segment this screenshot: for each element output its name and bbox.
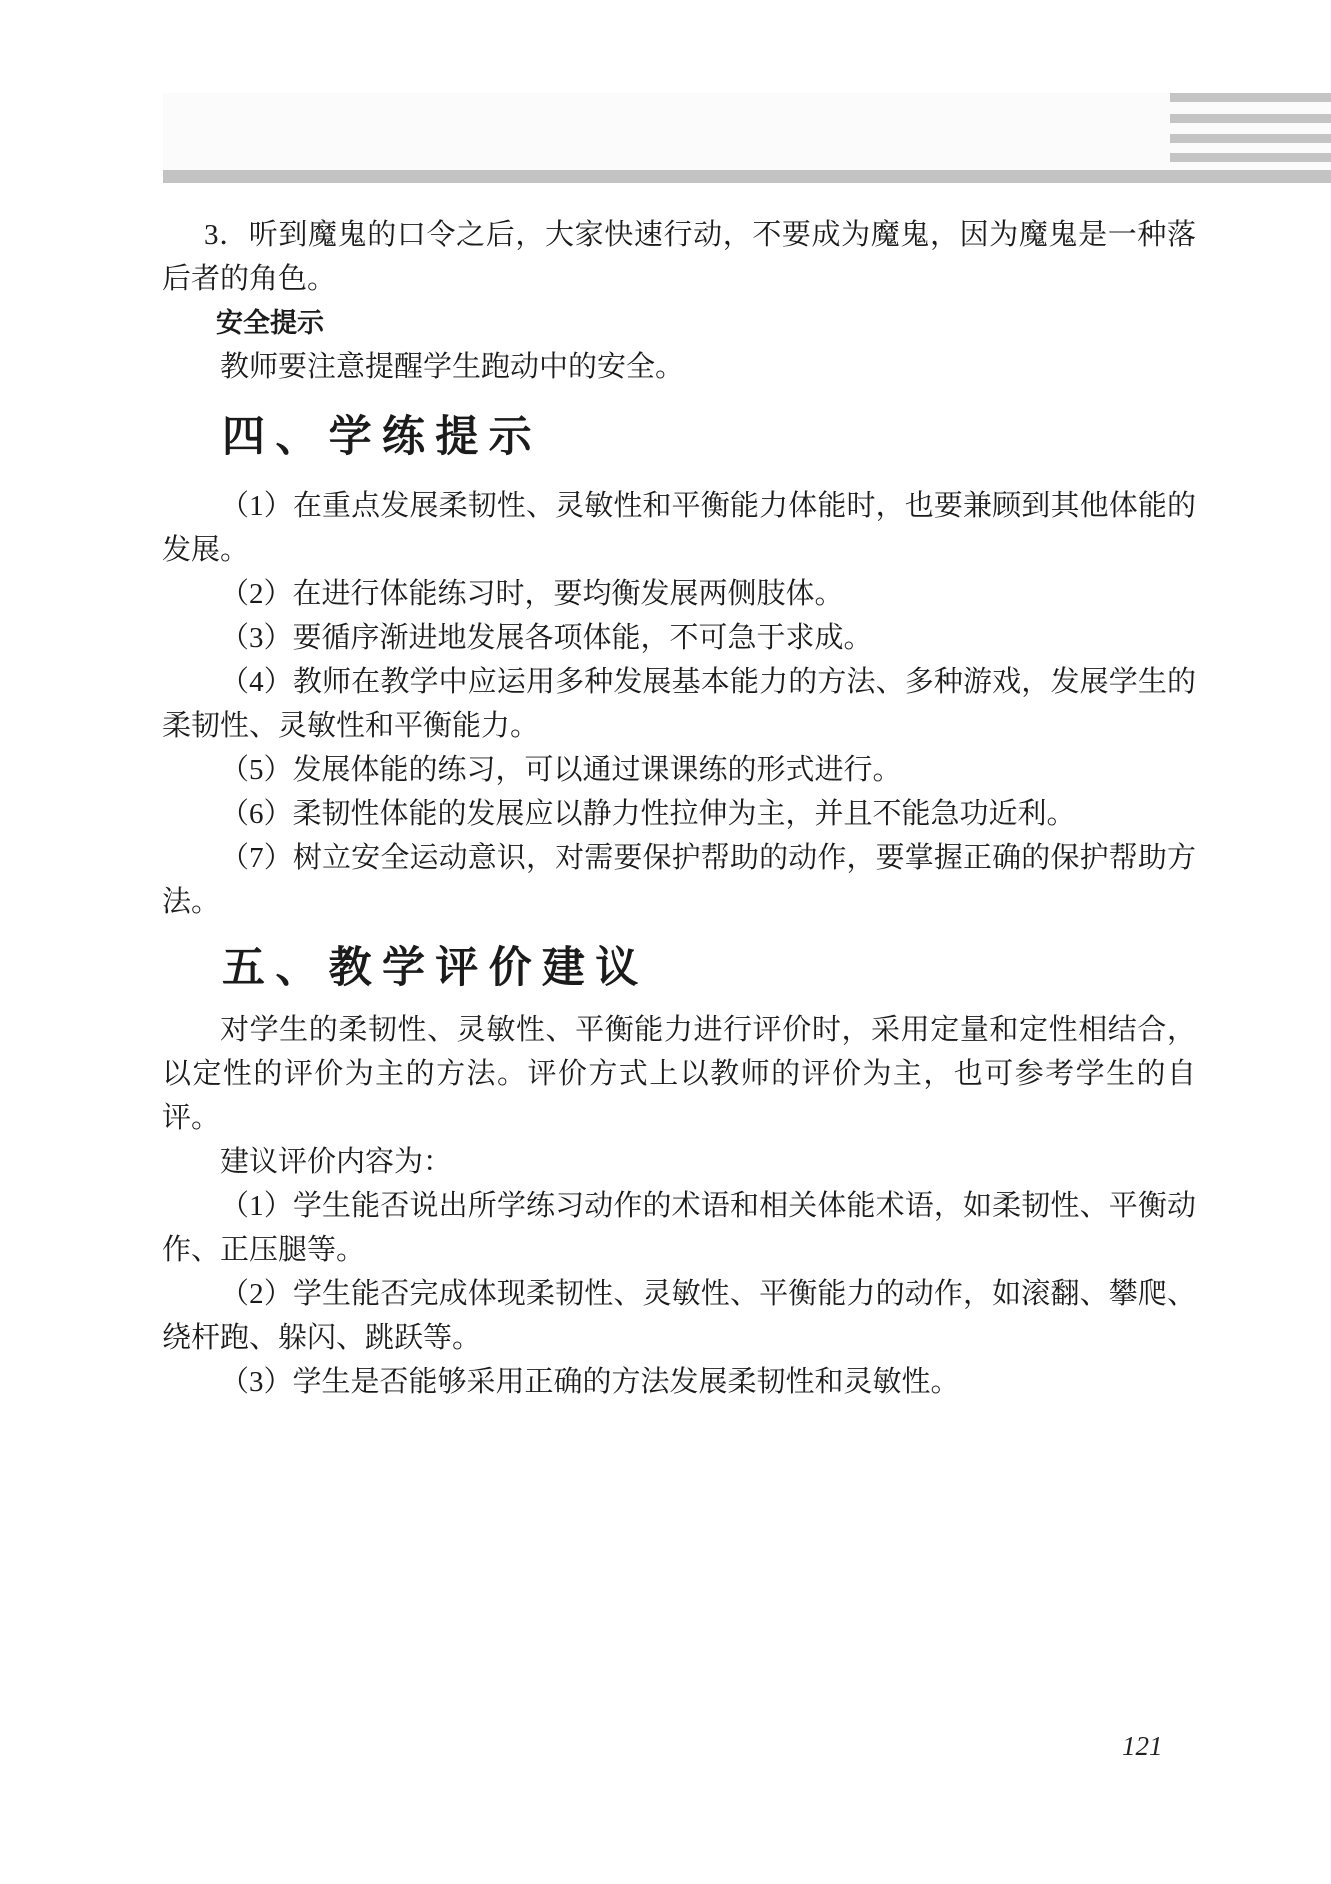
section-practice-title: 四、学练提示 bbox=[162, 407, 1196, 469]
header-stripe bbox=[1170, 114, 1331, 123]
evaluation-item: （1）学生能否说出所学练习动作的术语和相关体能术语，如柔韧性、平衡动作、正压腿等… bbox=[162, 1184, 1196, 1272]
evaluation-lead-paragraph: 对学生的柔韧性、灵敏性、平衡能力进行评价时，采用定量和定性相结合，以定性的评价为… bbox=[162, 1008, 1196, 1140]
header-stripe bbox=[1170, 134, 1331, 143]
page-content: 3．听到魔鬼的口令之后，大家快速行动，不要成为魔鬼，因为魔鬼是一种落后者的角色。… bbox=[162, 213, 1196, 1404]
evaluation-item: （2）学生能否完成体现柔韧性、灵敏性、平衡能力的动作，如滚翻、攀爬、绕杆跑、躲闪… bbox=[162, 1272, 1196, 1360]
evaluation-sub-lead: 建议评价内容为： bbox=[162, 1140, 1196, 1184]
safety-paragraph: 教师要注意提醒学生跑动中的安全。 bbox=[162, 345, 1196, 389]
page-number: 121 bbox=[1122, 1731, 1163, 1762]
practice-item: （7）树立安全运动意识，对需要保护帮助的动作，要掌握正确的保护帮助方法。 bbox=[162, 836, 1196, 924]
section-evaluation-title: 五、教学评价建议 bbox=[162, 938, 1196, 1000]
header-band bbox=[163, 93, 1331, 170]
header-divider bbox=[163, 170, 1331, 183]
practice-item: （5）发展体能的练习，可以通过课课练的形式进行。 bbox=[162, 748, 1196, 792]
practice-item: （2）在进行体能练习时，要均衡发展两侧肢体。 bbox=[162, 572, 1196, 616]
practice-item: （6）柔韧性体能的发展应以静力性拉伸为主，并且不能急功近利。 bbox=[162, 792, 1196, 836]
evaluation-item: （3）学生是否能够采用正确的方法发展柔韧性和灵敏性。 bbox=[162, 1360, 1196, 1404]
game-instruction-paragraph: 3．听到魔鬼的口令之后，大家快速行动，不要成为魔鬼，因为魔鬼是一种落后者的角色。 bbox=[162, 213, 1196, 301]
practice-item: （1）在重点发展柔韧性、灵敏性和平衡能力体能时，也要兼顾到其他体能的发展。 bbox=[162, 484, 1196, 572]
practice-item: （3）要循序渐进地发展各项体能，不可急于求成。 bbox=[162, 616, 1196, 660]
practice-item: （4）教师在教学中应运用多种发展基本能力的方法、多种游戏，发展学生的柔韧性、灵敏… bbox=[162, 660, 1196, 748]
safety-heading: 安全提示 bbox=[162, 301, 1196, 345]
document-page: 3．听到魔鬼的口令之后，大家快速行动，不要成为魔鬼，因为魔鬼是一种落后者的角色。… bbox=[0, 0, 1331, 1884]
header-stripe bbox=[1170, 93, 1331, 102]
header-stripe bbox=[1170, 153, 1331, 162]
